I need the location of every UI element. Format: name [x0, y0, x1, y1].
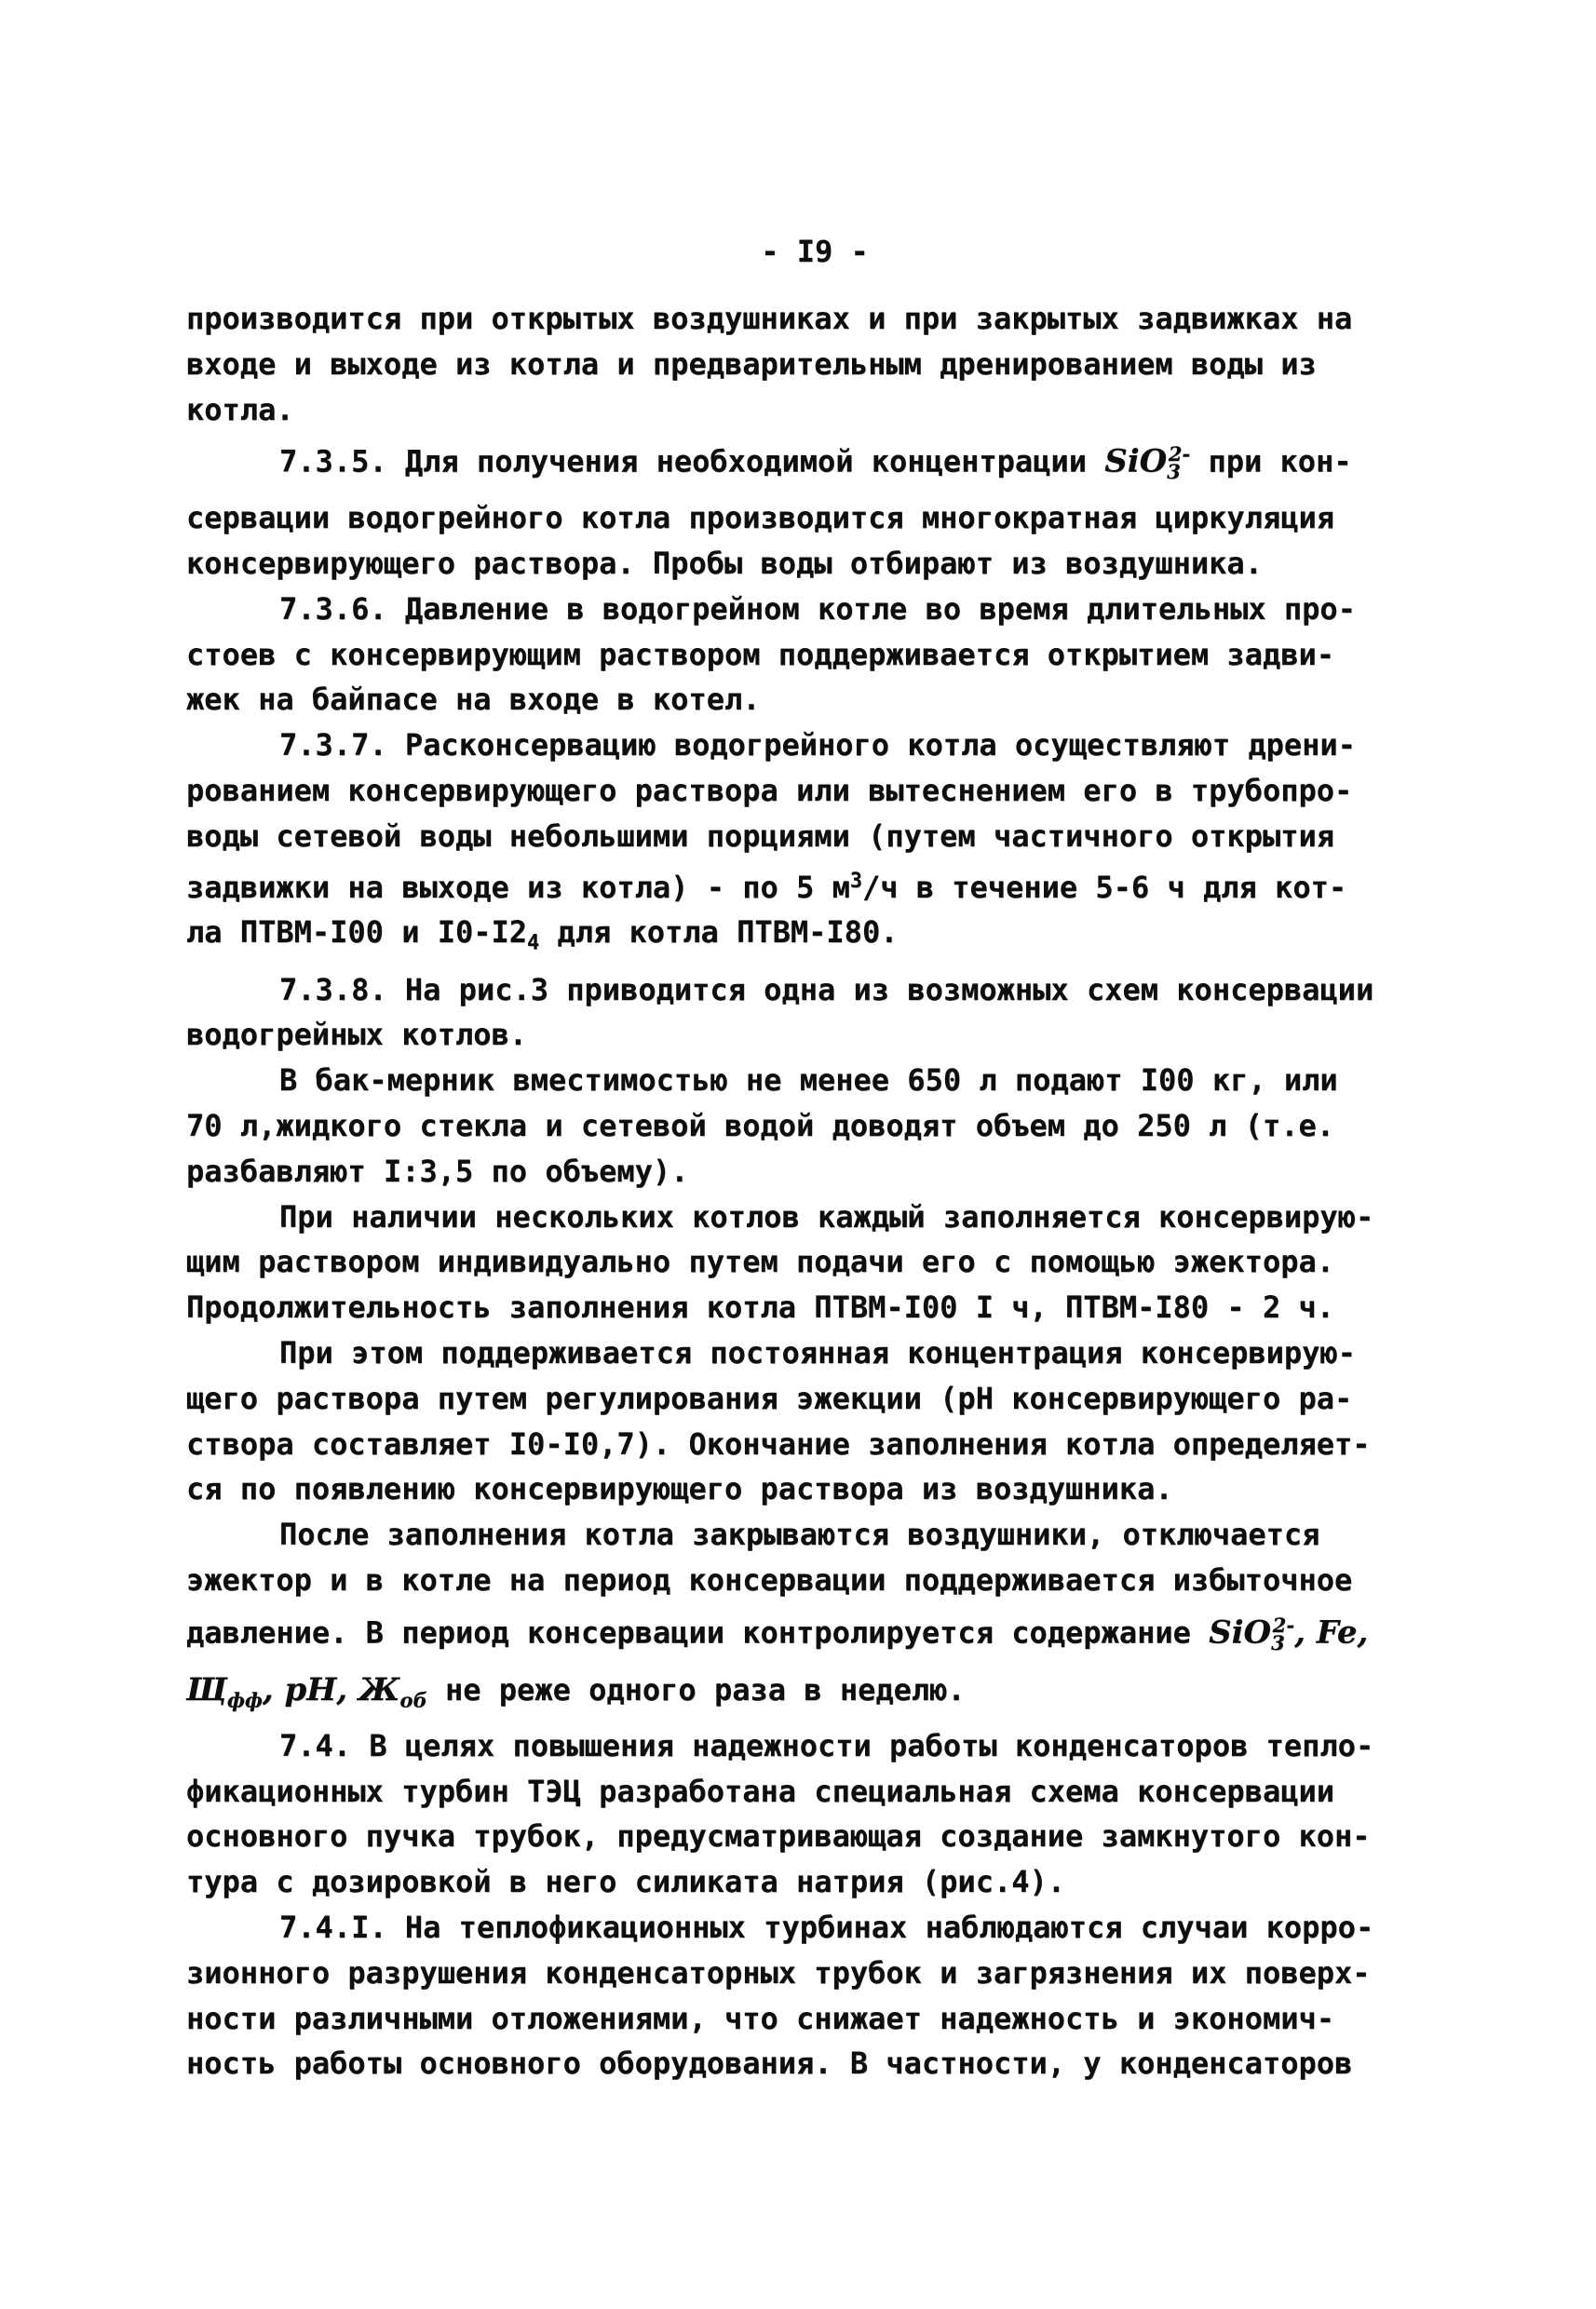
formula-segment: 3	[850, 870, 862, 893]
text-segment: входе и выходе из котла и предварительны…	[186, 346, 1317, 382]
text-segment: производится при открытых воздушниках и …	[186, 301, 1352, 336]
text-line: зионного разрушения конденсаторных трубо…	[186, 1951, 1453, 1996]
text-segment: 7.3.6. Давление в водогрейном котле во в…	[279, 591, 1356, 627]
text-line: 7.4. В целях повышения надежности работы…	[186, 1723, 1453, 1769]
text-line: котла.	[186, 387, 1453, 433]
formula-segment: об	[399, 1688, 426, 1711]
text-line: разбавляют I:3,5 по объему).	[186, 1149, 1453, 1195]
text-segment: основного пучка трубок, предусматривающа…	[186, 1818, 1371, 1854]
text-segment: ности различными отложениями, что снижае…	[186, 2001, 1334, 2036]
text-line: 7.3.7. Расконсервацию водогрейного котла…	[186, 722, 1453, 768]
text-line: сервации водогрейного котла производится…	[186, 495, 1453, 541]
text-line: воды сетевой воды небольшими порциями (п…	[186, 814, 1453, 859]
formula-segment: фф	[227, 1688, 263, 1711]
formula-segment: SiO	[1209, 1613, 1271, 1650]
text-line: входе и выходе из котла и предварительны…	[186, 342, 1453, 387]
text-line: щего раствора путем регулирования эжекци…	[186, 1376, 1453, 1422]
text-line: щим раствором индивидуально путем подачи…	[186, 1239, 1453, 1285]
text-segment: водогрейных котлов.	[186, 1017, 527, 1052]
text-segment: 7.3.5. Для получения необходимой концент…	[279, 444, 1104, 479]
text-line: эжектор и в котле на период консервации …	[186, 1558, 1453, 1603]
text-line: давление. В период консервации контролир…	[186, 1603, 1453, 1667]
text-line: створа составляет I0-I0,7). Окончание за…	[186, 1422, 1453, 1467]
text-line: тура с дозировкой в него силиката натрия…	[186, 1859, 1453, 1905]
formula-segment: 2-	[1273, 1614, 1294, 1637]
text-line: 7.4.I. На теплофикационных турбинах набл…	[186, 1905, 1453, 1951]
text-segment: консервирующего раствора. Пробы воды отб…	[186, 546, 1263, 581]
text-line: производится при открытых воздушниках и …	[186, 296, 1453, 342]
text-segment: котла.	[186, 392, 294, 427]
text-segment: 7.4. В целях повышения надежности работы…	[279, 1728, 1373, 1763]
formula-segment: , Fe,	[1294, 1613, 1368, 1650]
text-line: 7.3.6. Давление в водогрейном котле во в…	[186, 587, 1453, 632]
text-segment: Продолжительность заполнения котла ПТВМ-…	[186, 1290, 1334, 1325]
text-segment: разбавляют I:3,5 по объему).	[186, 1154, 688, 1189]
text-segment: тура с дозировкой в него силиката натрия…	[186, 1864, 1065, 1899]
text-segment: 7.4.I. На теплофикационных турбинах набл…	[279, 1910, 1373, 1945]
text-segment: 7.3.7. Расконсервацию водогрейного котла…	[279, 727, 1356, 763]
text-segment: /ч в течение 5-6 ч для кот-	[862, 869, 1346, 904]
text-line: ся по появлению консервирующего раствора…	[186, 1466, 1453, 1512]
text-line: водогрейных котлов.	[186, 1012, 1453, 1058]
text-line: 7.3.5. Для получения необходимой концент…	[186, 432, 1453, 495]
text-segment: воды сетевой воды небольшими порциями (п…	[186, 818, 1334, 854]
text-line: ности различными отложениями, что снижае…	[186, 1996, 1453, 2042]
text-line: После заполнения котла закрываются возду…	[186, 1512, 1453, 1558]
text-line: При этом поддерживается постоянная конце…	[186, 1330, 1453, 1376]
text-line: 70 л,жидкого стекла и сетевой водой дово…	[186, 1103, 1453, 1149]
document-body: производится при открытых воздушниках и …	[186, 296, 1453, 2086]
formula-segment: 2-	[1169, 442, 1190, 466]
text-segment: для котла ПТВМ-I80.	[539, 914, 898, 950]
text-line: При наличии нескольких котлов каждый зап…	[186, 1195, 1453, 1240]
text-segment: щим раствором индивидуально путем подачи…	[186, 1244, 1334, 1279]
text-segment: стоев с консервирующим раствором поддерж…	[186, 637, 1334, 672]
page-number: - I9 -	[652, 229, 978, 274]
text-line: стоев с консервирующим раствором поддерж…	[186, 632, 1453, 678]
formula-segment: Щ	[186, 1670, 227, 1708]
text-segment: зионного разрушения конденсаторных трубо…	[186, 1955, 1371, 1991]
text-segment: при кон-	[1190, 444, 1351, 479]
text-segment: После заполнения котла закрываются возду…	[279, 1517, 1319, 1552]
text-segment: 70 л,жидкого стекла и сетевой водой дово…	[186, 1108, 1334, 1143]
formula-segment: , рН, Ж	[263, 1670, 399, 1708]
text-line: Продолжительность заполнения котла ПТВМ-…	[186, 1285, 1453, 1330]
text-line: основного пучка трубок, предусматривающа…	[186, 1814, 1453, 1859]
text-segment: ность работы основного оборудования. В ч…	[186, 2046, 1352, 2081]
text-segment: фикационных турбин ТЭЦ разработана специ…	[186, 1774, 1334, 1809]
text-segment: не реже одного раза в неделю.	[427, 1672, 966, 1708]
text-line: рованием консервирующего раствора или вы…	[186, 768, 1453, 814]
text-segment: рованием консервирующего раствора или вы…	[186, 773, 1352, 808]
text-segment: ла ПТВМ-I00 и I0-I2	[186, 914, 527, 950]
text-line: В бак-мерник вместимостью не менее 650 л…	[186, 1058, 1453, 1103]
text-segment: эжектор и в котле на период консервации …	[186, 1562, 1352, 1598]
formula-segment: SiO	[1104, 442, 1167, 479]
text-segment: сервации водогрейного котла производится…	[186, 500, 1334, 535]
text-line: 7.3.8. На рис.3 приводится одна из возмо…	[186, 967, 1453, 1013]
text-segment: щего раствора путем регулирования эжекци…	[186, 1381, 1352, 1416]
text-segment: ся по появлению консервирующего раствора…	[186, 1471, 1173, 1506]
text-line: консервирующего раствора. Пробы воды отб…	[186, 541, 1453, 587]
text-segment: давление. В период консервации контролир…	[186, 1614, 1209, 1650]
scanned-document-page: - I9 - производится при открытых воздушн…	[0, 0, 1596, 2309]
text-segment: задвижки на выходе из котла) - по 5 м	[186, 869, 850, 904]
text-line: задвижки на выходе из котла) - по 5 м3/ч…	[186, 859, 1453, 911]
text-line: жек на байпасе на входе в котел.	[186, 677, 1453, 722]
text-line: ность работы основного оборудования. В ч…	[186, 2041, 1453, 2086]
text-segment: 7.3.8. На рис.3 приводится одна из возмо…	[279, 972, 1373, 1007]
formula-segment: 4	[527, 932, 539, 955]
text-segment: жек на байпасе на входе в котел.	[186, 682, 761, 717]
text-line: ла ПТВМ-I00 и I0-I24 для котла ПТВМ-I80.	[186, 910, 1453, 966]
text-segment: При наличии нескольких котлов каждый зап…	[279, 1199, 1373, 1235]
text-segment: В бак-мерник вместимостью не менее 650 л…	[279, 1062, 1338, 1098]
text-segment: При этом поддерживается постоянная конце…	[279, 1335, 1356, 1371]
text-line: Щфф, рН, Жоб не реже одного раза в недел…	[186, 1667, 1453, 1723]
text-line: фикационных турбин ТЭЦ разработана специ…	[186, 1769, 1453, 1815]
text-segment: створа составляет I0-I0,7). Окончание за…	[186, 1426, 1371, 1462]
